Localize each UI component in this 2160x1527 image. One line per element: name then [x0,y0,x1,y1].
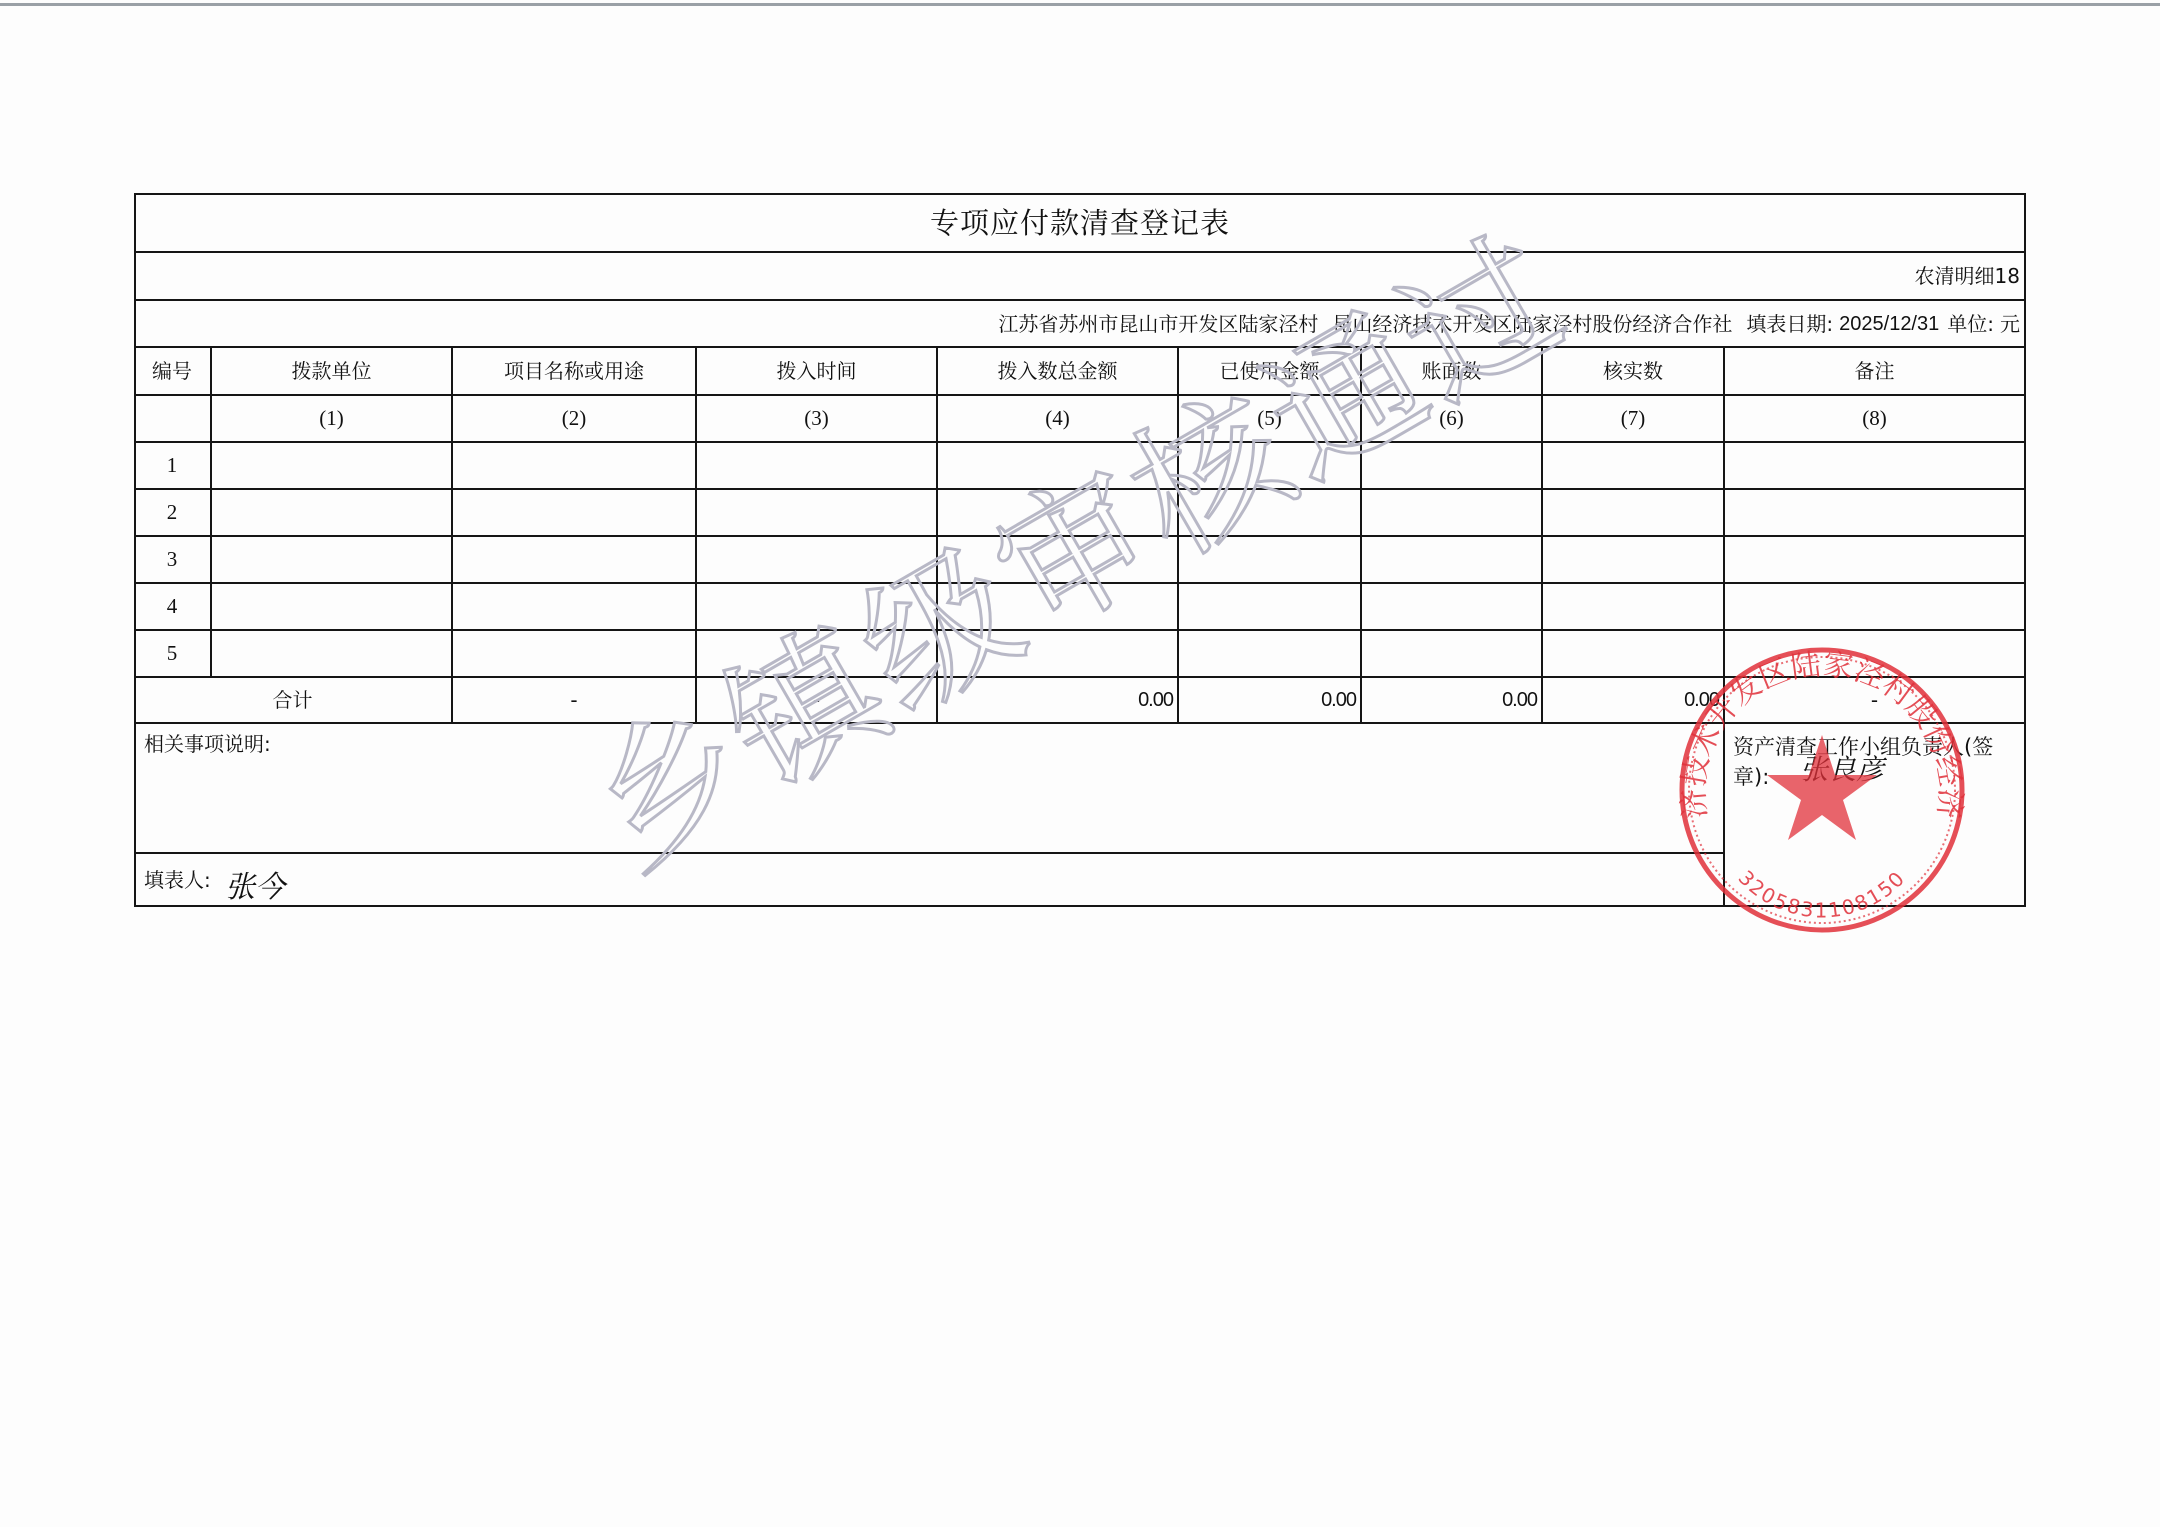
table-row-number: 1 [134,443,210,488]
header-book-amount: 账面数 [1362,348,1541,394]
fill-date-value: 2025/12/31 [1839,314,1939,334]
total-used-amount: 0.00 [1179,678,1360,722]
fill-date-label: 填表日期: [1746,314,1833,334]
total-project: - [453,678,695,722]
header-no: 编号 [134,348,210,394]
table-row-number: 5 [134,631,210,676]
table-row-number: 2 [134,490,210,535]
unit-value: 元 [2000,314,2020,334]
form-sheet: 专项应付款清查登记表 农清明细18 江苏省苏州市昆山市开发区陆家泾村 昆山经济技… [0,0,2160,1527]
info-line: 江苏省苏州市昆山市开发区陆家泾村 昆山经济技术开发区陆家泾村股份经济合作社 填表… [134,301,2026,346]
filler-label: 填表人: [144,870,211,890]
index-7: (7) [1543,396,1723,441]
leader-label-line2: 章): [1733,762,1769,792]
total-time: - [697,678,936,722]
leader-signature: 张良彦 [1800,748,1884,788]
index-2: (2) [453,396,695,441]
notes-label: 相关事项说明: [144,734,271,754]
form-code: 农清明细18 [134,253,2026,299]
index-8: (8) [1725,396,2024,441]
header-remark: 备注 [1725,348,2024,394]
row-divider [134,488,2026,490]
table-row-number: 3 [134,537,210,582]
total-book-amount: 0.00 [1362,678,1541,722]
notes-section: 相关事项说明: [136,724,1723,852]
index-5: (5) [1179,396,1360,441]
header-project-name: 项目名称或用途 [453,348,695,394]
total-label: 合计 [134,678,451,722]
index-1: (1) [212,396,451,441]
header-allocation-time: 拨入时间 [697,348,936,394]
page-title: 专项应付款清查登记表 [134,195,2026,251]
filler-signature: 张今 [225,862,285,906]
row-divider [134,535,2026,537]
index-3: (3) [697,396,936,441]
header-verified-amount: 核实数 [1543,348,1723,394]
index-6: (6) [1362,396,1541,441]
filler-section: 填表人: [136,854,636,905]
table-row-number: 4 [134,584,210,629]
unit-label: 单位: [1947,314,1994,334]
index-4: (4) [938,396,1177,441]
row-divider [134,629,2026,631]
total-verified-amount: 0.00 [1543,678,1723,722]
header-used-amount: 已使用金额 [1179,348,1360,394]
organization-text: 昆山经济技术开发区陆家泾村股份经济合作社 [1332,314,1732,334]
location-text: 江苏省苏州市昆山市开发区陆家泾村 [998,314,1318,334]
total-allocated-amount: 0.00 [938,678,1177,722]
total-remark: - [1725,678,2024,722]
header-allocated-total: 拨入数总金额 [938,348,1177,394]
header-allocating-unit: 拨款单位 [212,348,451,394]
border-bottom [134,905,2026,907]
row-divider [134,582,2026,584]
row-divider [134,441,2026,443]
